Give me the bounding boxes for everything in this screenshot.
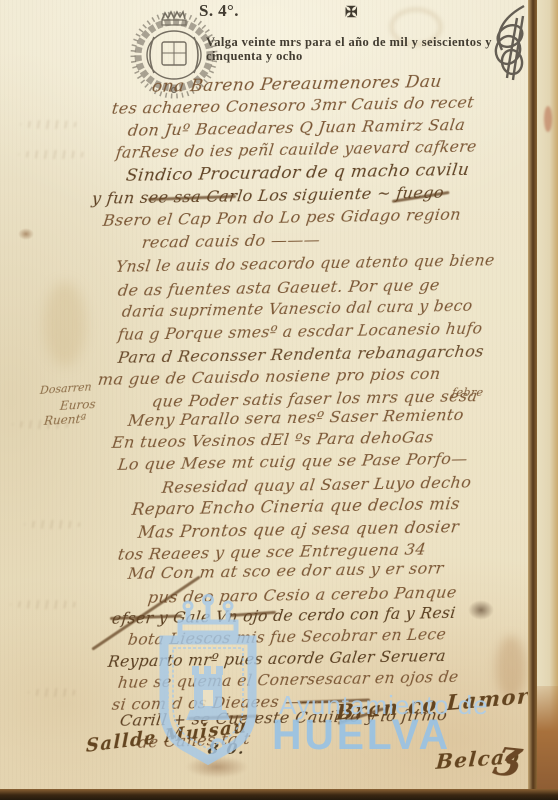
cross-glyph: ✠ — [345, 3, 358, 22]
manuscript-line: recad cauis do ——— — [141, 230, 322, 252]
signature: 8 0. — [207, 740, 247, 758]
margin-note: Ruentª — [43, 412, 86, 428]
printed-validity-line1: Valga veinte mrs para el año de mil y se… — [206, 35, 492, 50]
show-through-scrawl — [20, 120, 80, 129]
show-through-scrawl — [10, 600, 82, 609]
stamp-number: S. 4°. — [199, 1, 239, 21]
adjacent-page-edge-bottom — [537, 686, 558, 800]
show-through-scrawl — [28, 688, 80, 697]
photo-bottom-edge — [0, 789, 558, 800]
adjacent-page-edge — [537, 0, 558, 800]
manuscript-scan: S. 4°. ✠ Valga veinte mrs para el año de… — [0, 0, 558, 800]
show-through-scrawl — [18, 150, 90, 159]
printed-validity-line2: cinquenta y ocho — [206, 49, 303, 64]
show-through-scrawl — [24, 520, 82, 529]
interline-note: febre — [451, 386, 484, 399]
binding-gutter-shadow — [528, 0, 537, 800]
margin-note: Euros — [59, 397, 96, 413]
